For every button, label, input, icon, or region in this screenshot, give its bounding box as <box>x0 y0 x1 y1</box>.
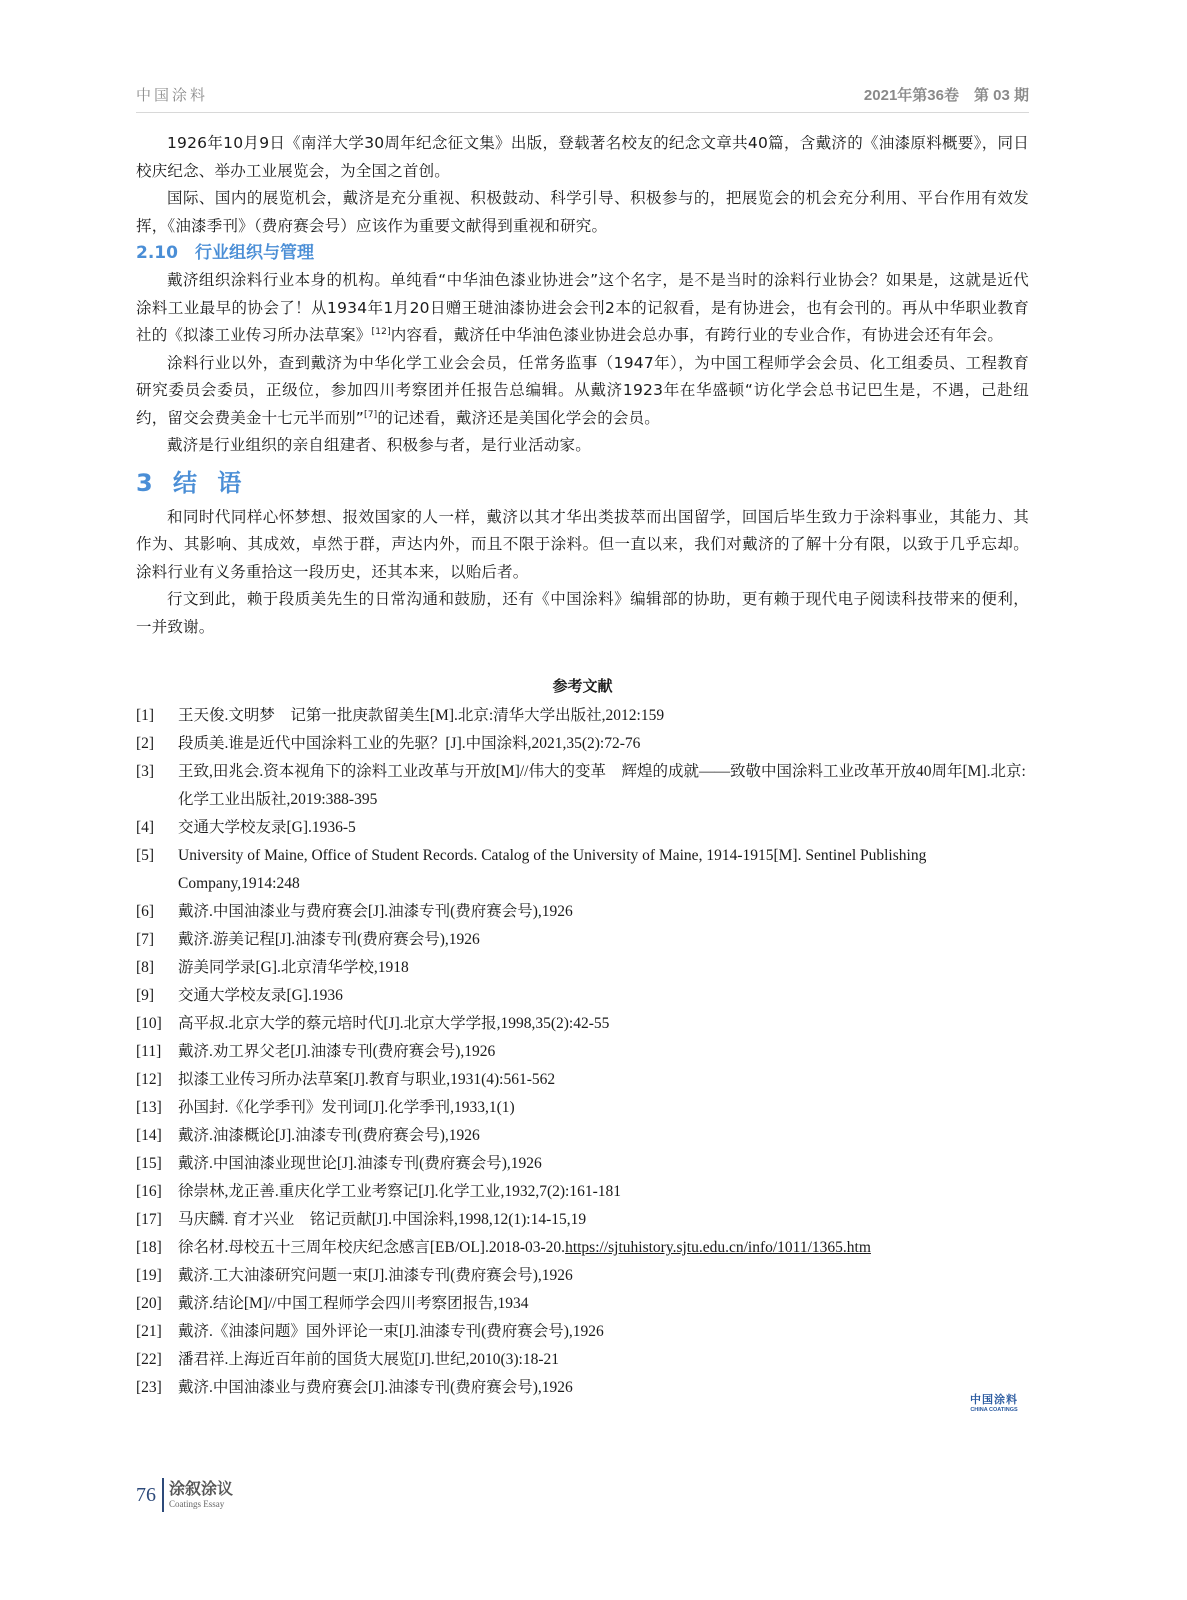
reference-number: [1] <box>136 702 178 730</box>
reference-text: 戴济.中国油漆业与费府赛会[J].油漆专刊(费府赛会号),1926 <box>178 1374 1029 1402</box>
reference-item: [4]交通大学校友录[G].1936-5 <box>136 814 1029 842</box>
reference-item: [13]孙国封.《化学季刊》发刊词[J].化学季刊,1933,1(1) <box>136 1094 1029 1122</box>
reference-list: [1]王天俊.文明梦 记第一批庚款留美生[M].北京:清华大学出版社,2012:… <box>136 702 1029 1402</box>
reference-citation: 王致,田兆会.资本视角下的涂料工业改革与开放[M]//伟大的变革 辉煌的成就——… <box>178 763 1026 808</box>
subsection-heading: 2.10 行业组织与管理 <box>136 240 1029 267</box>
reference-citation: 孙国封.《化学季刊》发刊词[J].化学季刊,1933,1(1) <box>178 1099 515 1116</box>
reference-citation: 戴济.油漆概论[J].油漆专刊(费府赛会号),1926 <box>178 1127 480 1144</box>
reference-citation: 交通大学校友录[G].1936-5 <box>178 819 356 836</box>
reference-item: [18]徐名材.母校五十三周年校庆纪念感言[EB/OL].2018-03-20.… <box>136 1234 1029 1262</box>
citation-ref[interactable]: [12] <box>372 327 391 337</box>
logo-cn: 中国涂料 <box>970 1391 1018 1407</box>
reference-item: [23]戴济.中国油漆业与费府赛会[J].油漆专刊(费府赛会号),1926 <box>136 1374 1029 1402</box>
paragraph: 戴济组织涂料行业本身的机构。单纯看“中华油色漆业协进会”这个名字，是不是当时的涂… <box>136 267 1029 350</box>
journal-name: 中国涂料 <box>136 84 208 105</box>
reference-text: 徐崇林,龙正善.重庆化学工业考察记[J].化学工业,1932,7(2):161-… <box>178 1178 1029 1206</box>
reference-text: 戴济.中国油漆业与费府赛会[J].油漆专刊(费府赛会号),1926 <box>178 898 1029 926</box>
paragraph: 行文到此，赖于段质美先生的日常沟通和鼓励，还有《中国涂料》编辑部的协助，更有赖于… <box>136 586 1029 641</box>
reference-citation: 拟漆工业传习所办法草案[J].教育与职业,1931(4):561-562 <box>178 1071 555 1088</box>
paragraph: 涂料行业以外，查到戴济为中华化学工业会会员，任常务监事（1947年），为中国工程… <box>136 350 1029 433</box>
reference-number: [21] <box>136 1318 178 1346</box>
reference-text: 戴济.工大油漆研究问题一束[J].油漆专刊(费府赛会号),1926 <box>178 1262 1029 1290</box>
column-name-en: Coatings Essay <box>169 1499 233 1509</box>
article-body: 1926年10月9日《南洋大学30周年纪念征文集》出版，登载著名校友的纪念文章共… <box>136 130 1029 1402</box>
issue-info: 2021年第36卷 第 03 期 <box>864 84 1029 105</box>
reference-citation: 马庆麟. 育才兴业 铭记贡献[J].中国涂料,1998,12(1):14-15,… <box>178 1211 586 1228</box>
reference-text: 拟漆工业传习所办法草案[J].教育与职业,1931(4):561-562 <box>178 1066 1029 1094</box>
reference-text: 孙国封.《化学季刊》发刊词[J].化学季刊,1933,1(1) <box>178 1094 1029 1122</box>
paragraph: 戴济是行业组织的亲自组建者、积极参与者，是行业活动家。 <box>136 432 1029 460</box>
reference-item: [3]王致,田兆会.资本视角下的涂料工业改革与开放[M]//伟大的变革 辉煌的成… <box>136 758 1029 814</box>
reference-text: 游美同学录[G].北京清华学校,1918 <box>178 954 1029 982</box>
reference-number: [6] <box>136 898 178 926</box>
reference-item: [1]王天俊.文明梦 记第一批庚款留美生[M].北京:清华大学出版社,2012:… <box>136 702 1029 730</box>
reference-citation: 戴济.中国油漆业与费府赛会[J].油漆专刊(费府赛会号),1926 <box>178 1379 573 1396</box>
reference-number: [2] <box>136 730 178 758</box>
reference-item: [12]拟漆工业传习所办法草案[J].教育与职业,1931(4):561-562 <box>136 1066 1029 1094</box>
reference-text: 交通大学校友录[G].1936 <box>178 982 1029 1010</box>
reference-item: [6]戴济.中国油漆业与费府赛会[J].油漆专刊(费府赛会号),1926 <box>136 898 1029 926</box>
reference-number: [8] <box>136 954 178 982</box>
reference-text: 王致,田兆会.资本视角下的涂料工业改革与开放[M]//伟大的变革 辉煌的成就——… <box>178 758 1029 814</box>
section-heading: 3 结 语 <box>136 466 1029 500</box>
paragraph-text: 内容看，戴济任中华油色漆业协进会总办事，有跨行业的专业合作，有协进会还有年会。 <box>391 326 1003 344</box>
reference-item: [10]高平叔.北京大学的蔡元培时代[J].北京大学学报,1998,35(2):… <box>136 1010 1029 1038</box>
running-header: 中国涂料 2021年第36卷 第 03 期 <box>136 84 1029 113</box>
reference-number: [19] <box>136 1262 178 1290</box>
paragraph-text: 的记述看，戴济还是美国化学会的会员。 <box>377 409 660 427</box>
reference-text: 戴济.中国油漆业现世论[J].油漆专刊(费府赛会号),1926 <box>178 1150 1029 1178</box>
footer-divider <box>162 1478 164 1512</box>
reference-citation: 交通大学校友录[G].1936 <box>178 987 343 1004</box>
reference-number: [10] <box>136 1010 178 1038</box>
column-name-cn: 涂叙涂议 <box>169 1476 233 1499</box>
reference-item: [11]戴济.劝工界父老[J].油漆专刊(费府赛会号),1926 <box>136 1038 1029 1066</box>
reference-item: [15]戴济.中国油漆业现世论[J].油漆专刊(费府赛会号),1926 <box>136 1150 1029 1178</box>
journal-logo: 中国涂料 CHINA COATINGS <box>970 1391 1018 1413</box>
reference-number: [20] <box>136 1290 178 1318</box>
reference-item: [2]段质美.谁是近代中国涂料工业的先驱？[J].中国涂料,2021,35(2)… <box>136 730 1029 758</box>
reference-item: [5]University of Maine, Office of Studen… <box>136 842 1029 898</box>
column-name: 涂叙涂议 Coatings Essay <box>169 1476 233 1509</box>
reference-number: [16] <box>136 1178 178 1206</box>
reference-citation: 徐崇林,龙正善.重庆化学工业考察记[J].化学工业,1932,7(2):161-… <box>178 1183 621 1200</box>
reference-number: [18] <box>136 1234 178 1262</box>
reference-citation: 段质美.谁是近代中国涂料工业的先驱？[J].中国涂料,2021,35(2):72… <box>178 735 640 752</box>
reference-citation: 徐名材.母校五十三周年校庆纪念感言[EB/OL].2018-03-20. <box>178 1239 565 1256</box>
logo-en: CHINA COATINGS <box>970 1407 1018 1413</box>
reference-item: [17]马庆麟. 育才兴业 铭记贡献[J].中国涂料,1998,12(1):14… <box>136 1206 1029 1234</box>
reference-item: [9]交通大学校友录[G].1936 <box>136 982 1029 1010</box>
reference-item: [8]游美同学录[G].北京清华学校,1918 <box>136 954 1029 982</box>
paragraph: 和同时代同样心怀梦想、报效国家的人一样，戴济以其才华出类拔萃而出国留学，回国后毕… <box>136 504 1029 587</box>
reference-item: [14]戴济.油漆概论[J].油漆专刊(费府赛会号),1926 <box>136 1122 1029 1150</box>
reference-text: 马庆麟. 育才兴业 铭记贡献[J].中国涂料,1998,12(1):14-15,… <box>178 1206 1029 1234</box>
reference-number: [9] <box>136 982 178 1010</box>
reference-citation: 戴济.《油漆问题》国外评论一束[J].油漆专刊(费府赛会号),1926 <box>178 1323 604 1340</box>
reference-citation: 戴济.结论[M]//中国工程师学会四川考察团报告,1934 <box>178 1295 528 1312</box>
reference-number: [14] <box>136 1122 178 1150</box>
reference-text: 段质美.谁是近代中国涂料工业的先驱？[J].中国涂料,2021,35(2):72… <box>178 730 1029 758</box>
reference-text: 戴济.劝工界父老[J].油漆专刊(费府赛会号),1926 <box>178 1038 1029 1066</box>
reference-text: 戴济.结论[M]//中国工程师学会四川考察团报告,1934 <box>178 1290 1029 1318</box>
reference-item: [20]戴济.结论[M]//中国工程师学会四川考察团报告,1934 <box>136 1290 1029 1318</box>
reference-citation: 戴济.工大油漆研究问题一束[J].油漆专刊(费府赛会号),1926 <box>178 1267 573 1284</box>
page-number: 76 <box>136 1484 156 1507</box>
reference-citation: 戴济.劝工界父老[J].油漆专刊(费府赛会号),1926 <box>178 1043 495 1060</box>
reference-citation: 潘君祥.上海近百年前的国货大展览[J].世纪,2010(3):18-21 <box>178 1351 559 1368</box>
references-title: 参考文献 <box>136 675 1029 696</box>
reference-link[interactable]: https://sjtuhistory.sjtu.edu.cn/info/101… <box>565 1239 871 1256</box>
reference-number: [4] <box>136 814 178 842</box>
reference-item: [22]潘君祥.上海近百年前的国货大展览[J].世纪,2010(3):18-21 <box>136 1346 1029 1374</box>
reference-citation: 戴济.游美记程[J].油漆专刊(费府赛会号),1926 <box>178 931 480 948</box>
reference-text: 交通大学校友录[G].1936-5 <box>178 814 1029 842</box>
reference-text: 潘君祥.上海近百年前的国货大展览[J].世纪,2010(3):18-21 <box>178 1346 1029 1374</box>
paragraph: 国际、国内的展览机会，戴济是充分重视、积极鼓动、科学引导、积极参与的，把展览会的… <box>136 185 1029 240</box>
reference-citation: 游美同学录[G].北京清华学校,1918 <box>178 959 409 976</box>
reference-citation: 王天俊.文明梦 记第一批庚款留美生[M].北京:清华大学出版社,2012:159 <box>178 707 664 724</box>
reference-text: 戴济.《油漆问题》国外评论一束[J].油漆专刊(费府赛会号),1926 <box>178 1318 1029 1346</box>
reference-item: [7]戴济.游美记程[J].油漆专刊(费府赛会号),1926 <box>136 926 1029 954</box>
reference-item: [19]戴济.工大油漆研究问题一束[J].油漆专刊(费府赛会号),1926 <box>136 1262 1029 1290</box>
reference-number: [13] <box>136 1094 178 1122</box>
reference-text: 王天俊.文明梦 记第一批庚款留美生[M].北京:清华大学出版社,2012:159 <box>178 702 1029 730</box>
reference-number: [23] <box>136 1374 178 1402</box>
reference-text: 高平叔.北京大学的蔡元培时代[J].北京大学学报,1998,35(2):42-5… <box>178 1010 1029 1038</box>
reference-number: [12] <box>136 1066 178 1094</box>
reference-number: [7] <box>136 926 178 954</box>
reference-number: [11] <box>136 1038 178 1066</box>
reference-text: University of Maine, Office of Student R… <box>178 842 1029 898</box>
reference-citation: 戴济.中国油漆业现世论[J].油漆专刊(费府赛会号),1926 <box>178 1155 542 1172</box>
reference-citation: University of Maine, Office of Student R… <box>178 847 926 892</box>
reference-citation: 高平叔.北京大学的蔡元培时代[J].北京大学学报,1998,35(2):42-5… <box>178 1015 609 1032</box>
reference-number: [17] <box>136 1206 178 1234</box>
reference-number: [3] <box>136 758 178 814</box>
reference-text: 戴济.油漆概论[J].油漆专刊(费府赛会号),1926 <box>178 1122 1029 1150</box>
reference-number: [22] <box>136 1346 178 1374</box>
reference-citation: 戴济.中国油漆业与费府赛会[J].油漆专刊(费府赛会号),1926 <box>178 903 573 920</box>
reference-number: [5] <box>136 842 178 898</box>
reference-item: [21]戴济.《油漆问题》国外评论一束[J].油漆专刊(费府赛会号),1926 <box>136 1318 1029 1346</box>
citation-ref[interactable]: [7] <box>364 410 377 420</box>
paragraph: 1926年10月9日《南洋大学30周年纪念征文集》出版，登载著名校友的纪念文章共… <box>136 130 1029 185</box>
reference-number: [15] <box>136 1150 178 1178</box>
reference-text: 徐名材.母校五十三周年校庆纪念感言[EB/OL].2018-03-20.http… <box>178 1234 1029 1262</box>
reference-item: [16]徐崇林,龙正善.重庆化学工业考察记[J].化学工业,1932,7(2):… <box>136 1178 1029 1206</box>
reference-text: 戴济.游美记程[J].油漆专刊(费府赛会号),1926 <box>178 926 1029 954</box>
